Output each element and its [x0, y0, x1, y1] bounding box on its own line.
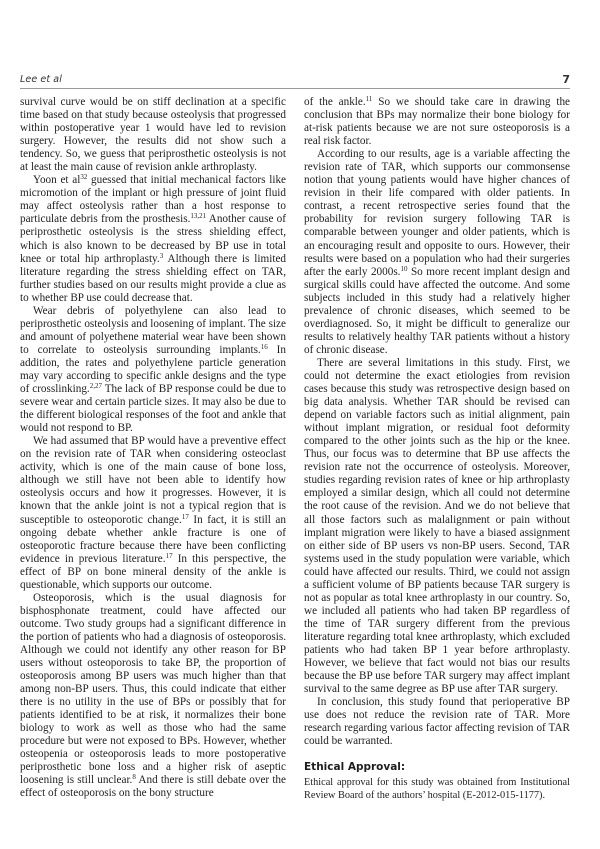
paragraph: of the ankle.11 So we should take care i…: [304, 96, 570, 148]
citation-superscript: 11: [366, 95, 373, 103]
right-column: of the ankle.11 So we should take care i…: [304, 96, 570, 802]
citation-superscript: 17: [166, 552, 173, 560]
running-header: Lee et al 7: [20, 74, 570, 89]
citation-superscript: 13,21: [190, 212, 206, 220]
running-header-author: Lee et al: [20, 74, 62, 85]
paragraph: survival curve would be on stiff declina…: [20, 96, 286, 174]
citation-superscript: 3: [160, 252, 164, 260]
paragraph: According to our results, age is a varia…: [304, 148, 570, 357]
page-number: 7: [562, 73, 570, 86]
ethical-approval-body: Ethical approval for this study was obta…: [304, 777, 570, 802]
paragraph: Osteoporosis, which is the usual diagnos…: [20, 592, 286, 801]
paragraph: There are several limitations in this st…: [304, 357, 570, 696]
citation-superscript: 2,27: [90, 382, 102, 390]
citation-superscript: 16: [261, 343, 268, 351]
left-column: survival curve would be on stiff declina…: [20, 96, 286, 801]
citation-superscript: 8: [132, 773, 136, 781]
citation-superscript: 10: [400, 265, 407, 273]
citation-superscript: 17: [182, 513, 189, 521]
paragraph: Yoon et al32 guessed that initial mechan…: [20, 174, 286, 304]
journal-page: Lee et al 7 survival curve would be on s…: [0, 0, 600, 849]
paragraph: Wear debris of polyethylene can also lea…: [20, 305, 286, 435]
ethical-approval-heading: Ethical Approval:: [304, 761, 570, 774]
paragraph: In conclusion, this study found that per…: [304, 696, 570, 748]
citation-superscript: 32: [80, 173, 87, 181]
paragraph: We had assumed that BP would have a prev…: [20, 435, 286, 592]
